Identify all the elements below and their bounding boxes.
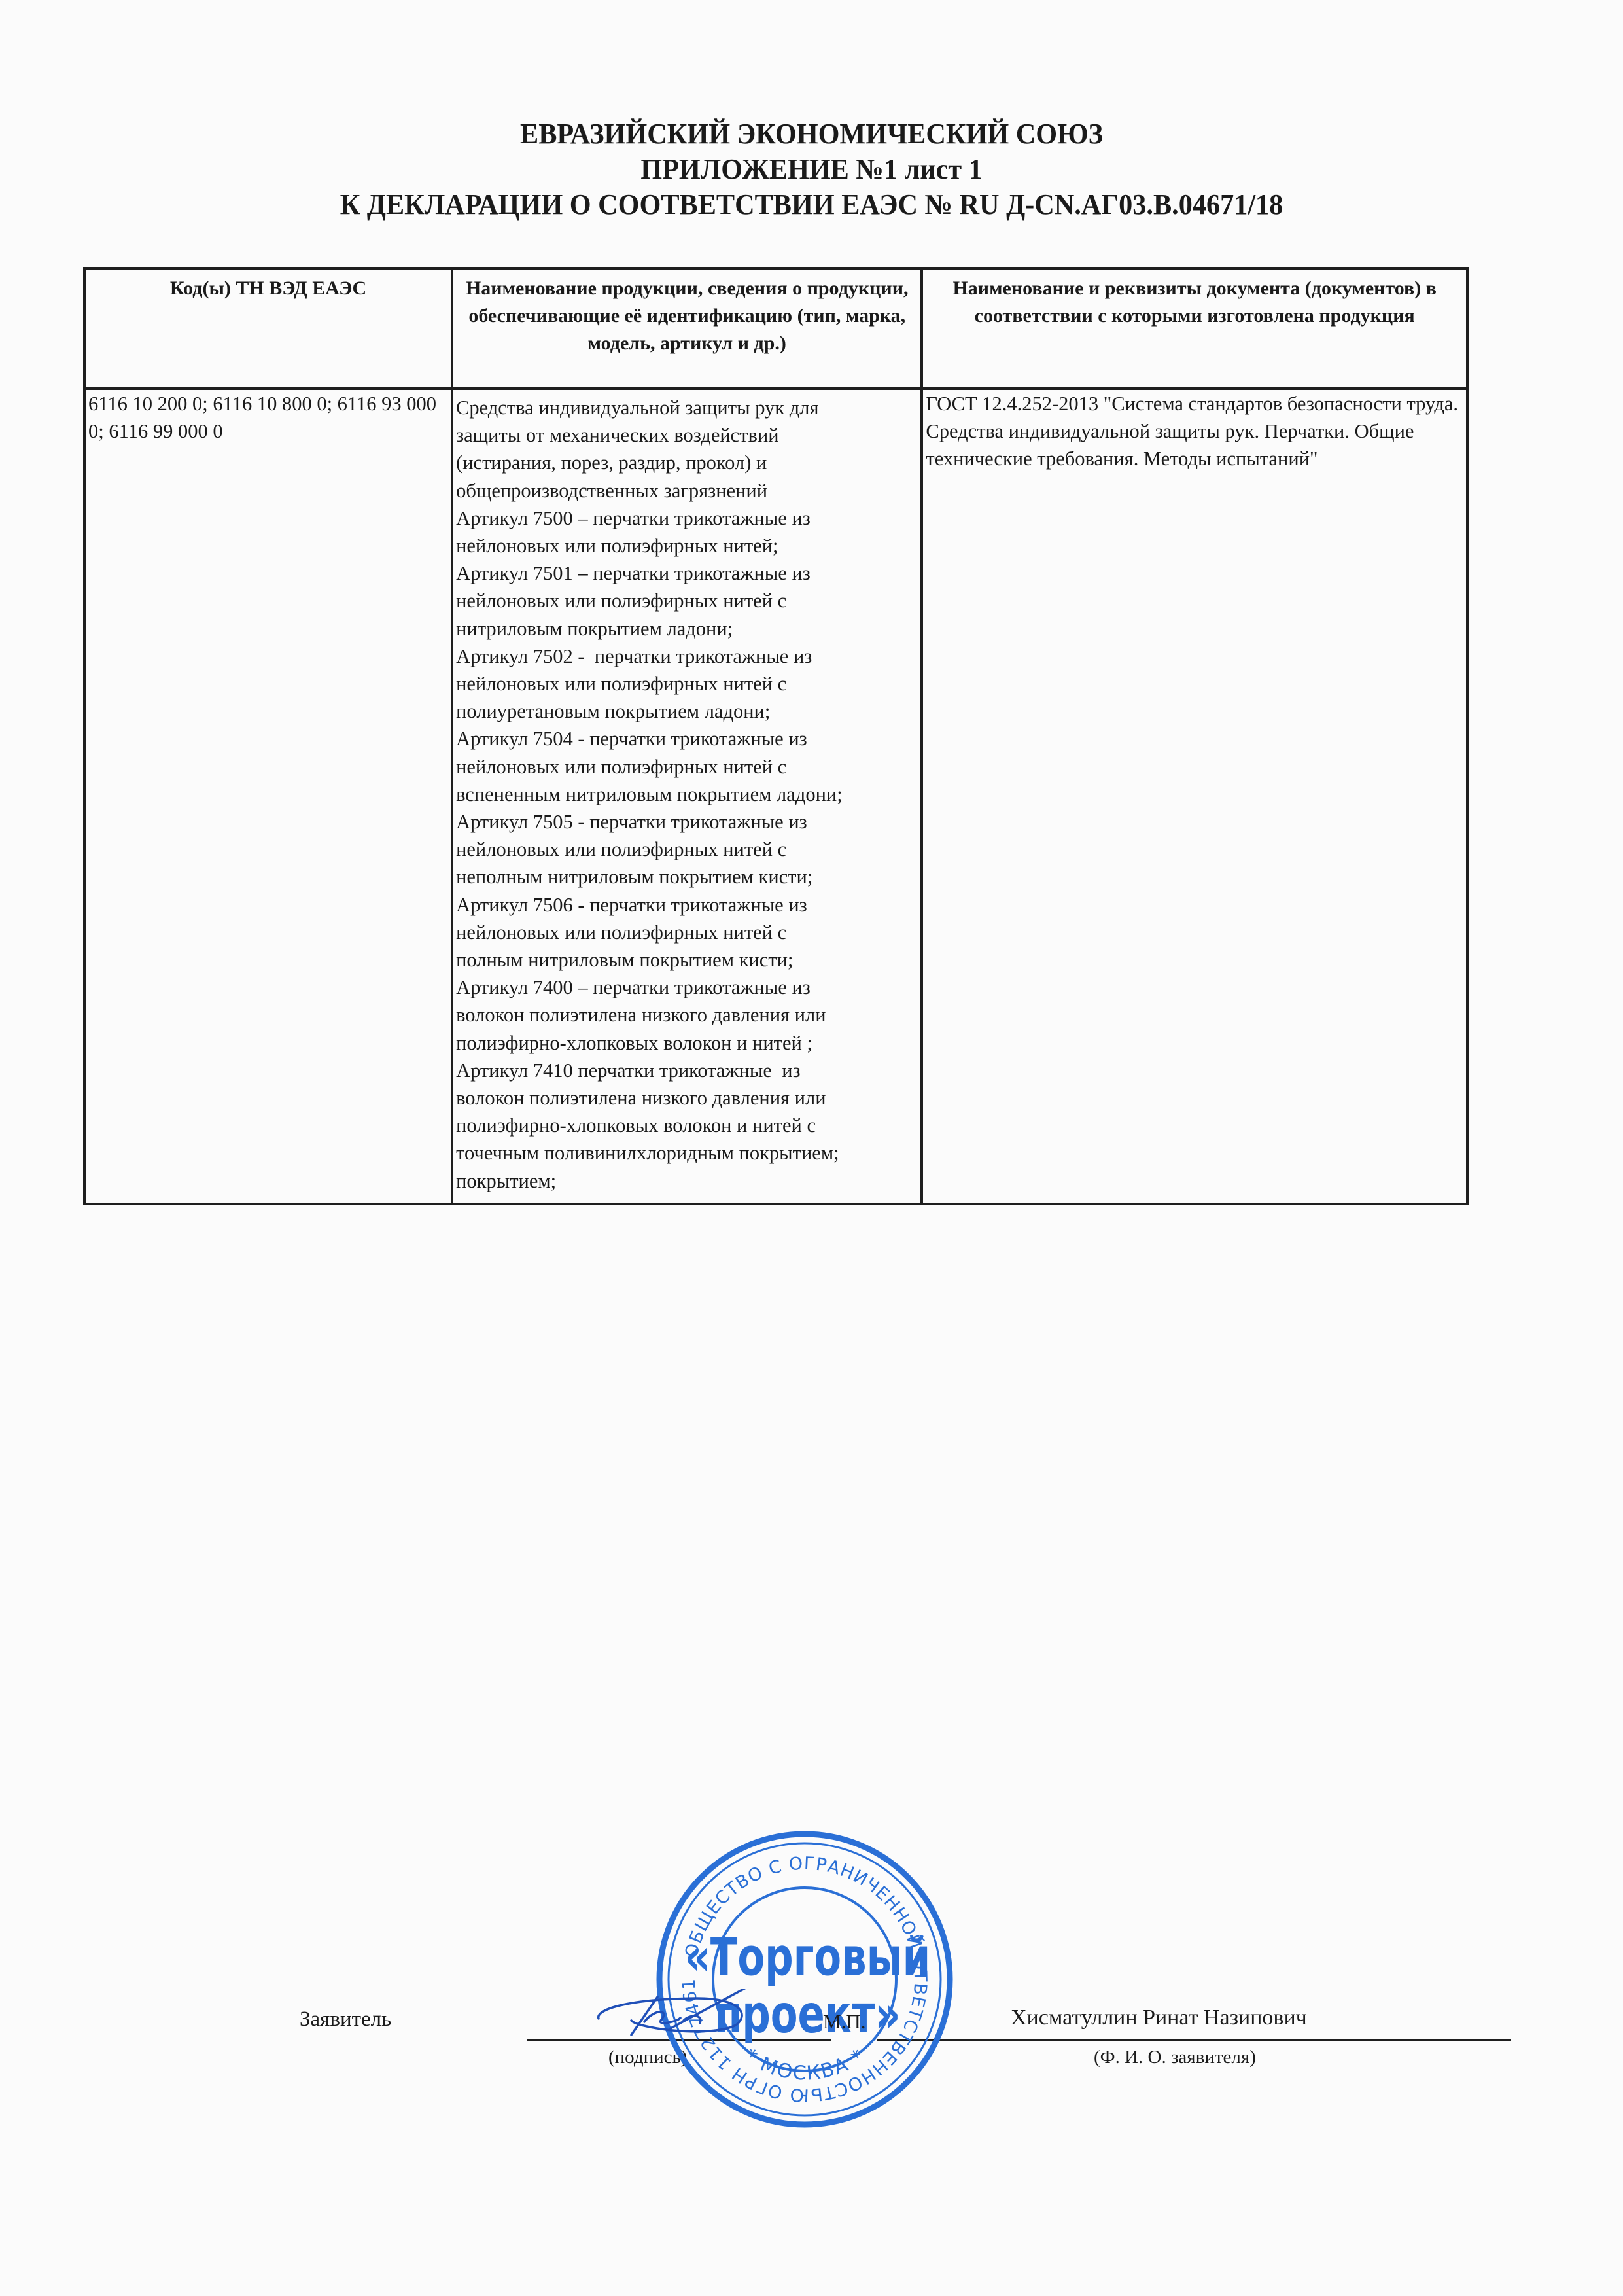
product-line: (истирания, порез, раздир, прокол) и [456,449,918,476]
product-line: Артикул 7500 – перчатки трикотажные из [456,504,918,532]
product-line: Артикул 7505 - перчатки трикотажные из [456,808,918,836]
product-line: полиэфирно-хлопковых волокон и нитей с [456,1112,918,1139]
product-line: нейлоновых или полиэфирных нитей с [456,670,918,698]
seal-mark: М.П. [823,2010,865,2034]
product-line: нейлоновых или полиэфирных нитей с [456,836,918,863]
product-line: нейлоновых или полиэфирных нитей с [456,919,918,946]
cell-tn-ved-codes: 6116 10 200 0; 6116 10 800 0; 6116 93 00… [84,389,452,1204]
product-line: полиэфирно-хлопковых волокон и нитей ; [456,1029,918,1057]
cell-product-description: Средства индивидуальной защиты рук дляза… [452,389,922,1204]
product-line: волокон полиэтилена низкого давления или [456,1084,918,1112]
product-line: нейлоновых или полиэфирных нитей; [456,532,918,559]
cell-standard-document: ГОСТ 12.4.252-2013 "Система стандартов б… [922,389,1467,1204]
product-line: Артикул 7400 – перчатки трикотажные из [456,974,918,1001]
stamp-center-line1: «Торговый [685,1926,931,1987]
table-header-row: Код(ы) ТН ВЭД ЕАЭС Наименование продукци… [84,268,1467,389]
products-table: Код(ы) ТН ВЭД ЕАЭС Наименование продукци… [83,267,1469,1205]
product-line: защиты от механических воздействий [456,421,918,449]
column-header-standard: Наименование и реквизиты документа (доку… [922,268,1467,389]
document-header: ЕВРАЗИЙСКИЙ ЭКОНОМИЧЕСКИЙ СОЮЗ ПРИЛОЖЕНИ… [0,116,1623,222]
product-line: Артикул 7501 – перчатки трикотажные из [456,559,918,587]
product-line: нейлоновых или полиэфирных нитей с [456,753,918,781]
product-line: Артикул 7504 - перчатки трикотажные из [456,725,918,752]
applicant-name: Хисматуллин Ринат Назипович [1011,2005,1307,2030]
product-line: неполным нитриловым покрытием кисти; [456,863,918,891]
product-line: полиуретановым покрытием ладони; [456,698,918,725]
applicant-label: Заявитель [300,2007,391,2032]
table-row: 6116 10 200 0; 6116 10 800 0; 6116 93 00… [84,389,1467,1204]
product-line: Средства индивидуальной защиты рук для [456,394,918,421]
product-line: Артикул 7502 - перчатки трикотажные из [456,643,918,670]
company-seal-icon: ОБЩЕСТВО С ОГРАНИЧЕННОЙ ОТВЕТСТВЕННОСТЬЮ… [651,1826,958,2133]
name-line [877,2039,1511,2041]
column-header-product: Наименование продукции, сведения о проду… [452,268,922,389]
product-line: покрытием; [456,1167,918,1195]
product-line: волокон полиэтилена низкого давления или [456,1001,918,1029]
standard-document-text: ГОСТ 12.4.252-2013 "Система стандартов б… [923,390,1466,490]
header-declaration-number: К ДЕКЛАРАЦИИ О СООТВЕТСТВИИ ЕАЭС № RU Д-… [33,187,1591,222]
tn-ved-codes-text: 6116 10 200 0; 6116 10 800 0; 6116 93 00… [86,390,451,462]
column-header-codes: Код(ы) ТН ВЭД ЕАЭС [84,268,452,389]
product-line: общепроизводственных загрязнений [456,477,918,504]
product-line: Артикул 7506 - перчатки трикотажные из [456,891,918,919]
header-appendix-title: ПРИЛОЖЕНИЕ №1 лист 1 [33,152,1591,187]
product-line: Артикул 7410 перчатки трикотажные из [456,1057,918,1084]
product-line: вспененным нитриловым покрытием ладони; [456,781,918,808]
header-union-title: ЕВРАЗИЙСКИЙ ЭКОНОМИЧЕСКИЙ СОЮЗ [33,116,1591,152]
product-description-text: Средства индивидуальной защиты рук дляза… [453,390,920,1195]
handwritten-signature-icon [592,1989,762,2048]
product-line: нитриловым покрытием ладони; [456,615,918,643]
name-caption: (Ф. И. О. заявителя) [1094,2047,1256,2068]
product-line: полным нитриловым покрытием кисти; [456,946,918,974]
product-line: нейлоновых или полиэфирных нитей с [456,587,918,614]
product-line: точечным поливинилхлоридным покрытием; [456,1139,918,1167]
